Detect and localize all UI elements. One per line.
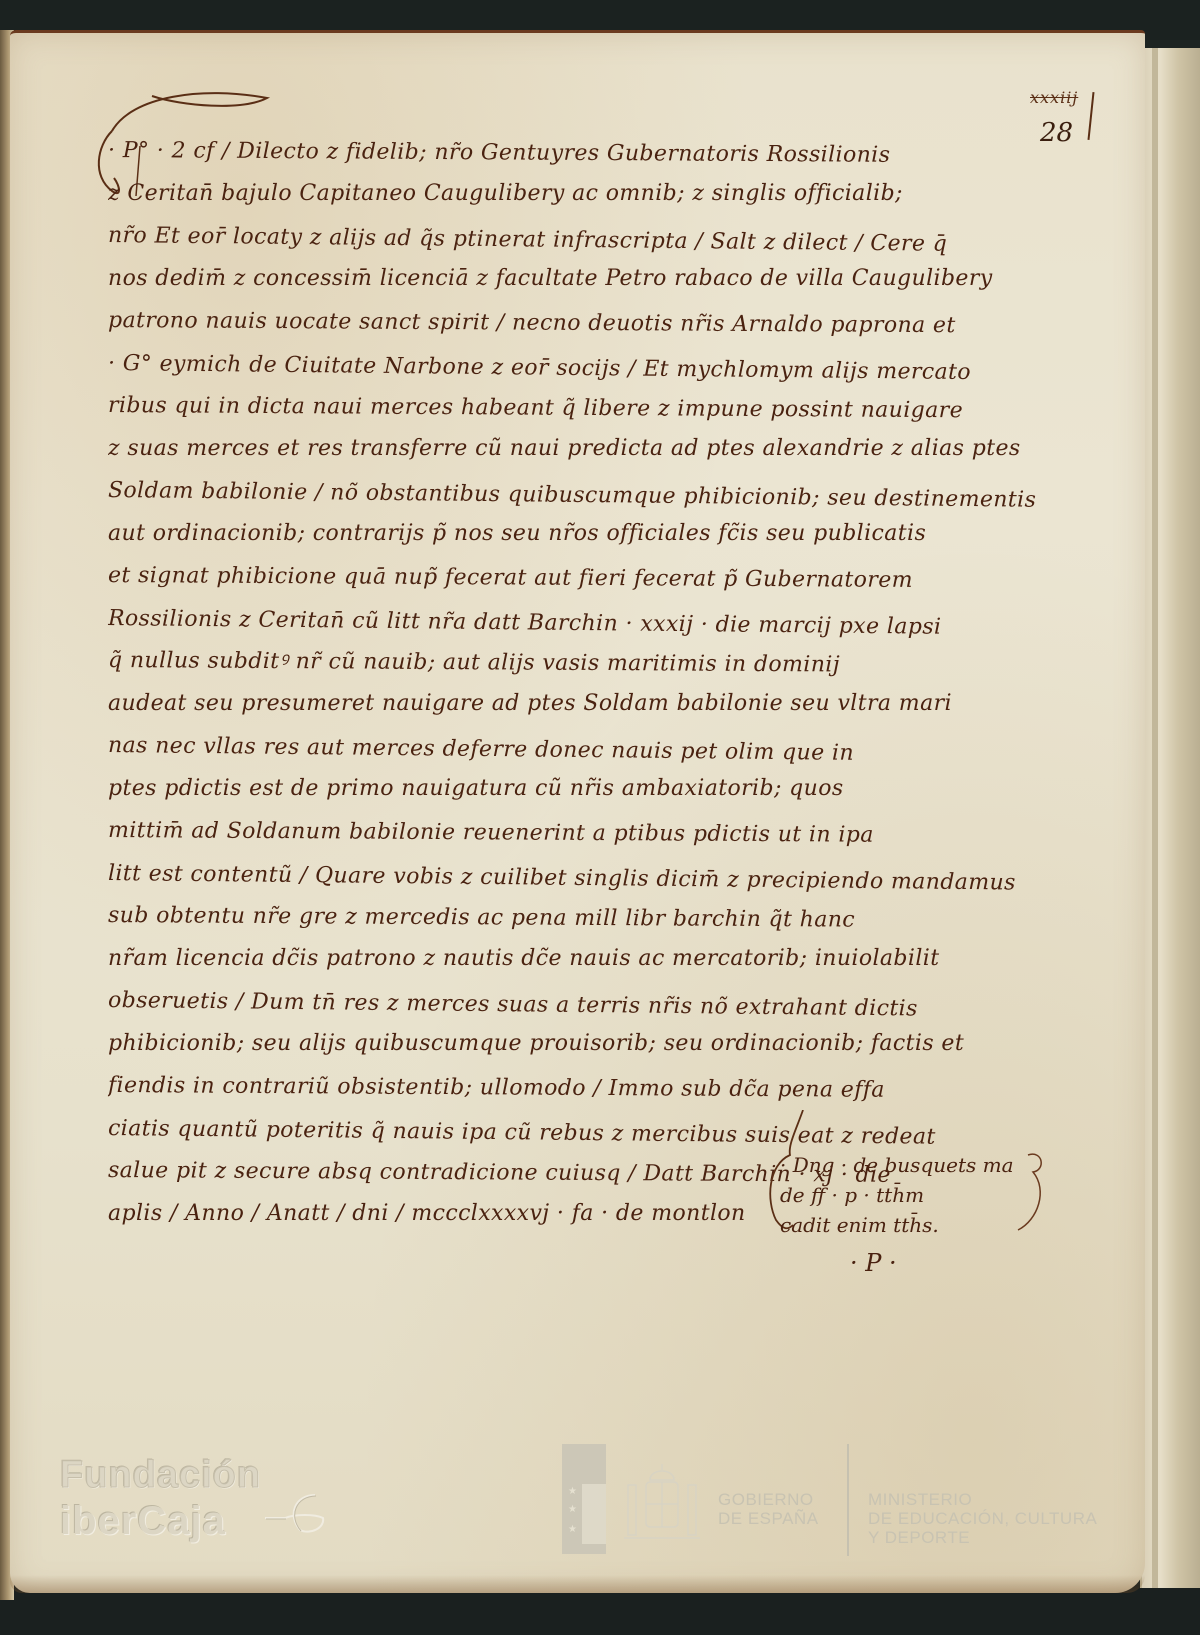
ministerio-line: Y DEPORTE: [868, 1528, 1097, 1547]
subscription: · Dng · de busquets ma de ff · p · tth̄m…: [780, 1150, 1040, 1278]
gobierno-line: GOBIERNO: [718, 1490, 819, 1509]
subscription-line: de ff · p · tth̄m: [780, 1180, 1040, 1210]
watermark-divider: [847, 1444, 849, 1556]
ministerio-line: MINISTERIO: [868, 1490, 1097, 1509]
watermark-ibercaja: iberCaja: [60, 1500, 226, 1542]
watermark-fundacion: Fundación: [60, 1455, 261, 1495]
star-icon: ★: [568, 1486, 577, 1497]
text-line: nr̃am licencia dc̃is patrono z nautis dc…: [108, 938, 1043, 981]
gobierno-line: DE ESPAÑA: [718, 1509, 819, 1528]
text-line: · P° · 2 cf / Dilecto z fidelib; nr̃o Ge…: [108, 130, 1043, 178]
subscription-line: · Dng · de busquets ma: [780, 1150, 1040, 1180]
text-line: patrono nauis uocate sanct spirit / necn…: [108, 300, 1043, 348]
flag-notch: [582, 1484, 606, 1544]
text-line: z suas merces et res transferre cũ naui …: [108, 428, 1043, 471]
text-line: fiendis in contrariũ obsistentib; ullomo…: [108, 1065, 1043, 1113]
manuscript-text: · P° · 2 cf / Dilecto z fidelib; nr̃o Ge…: [108, 130, 1043, 1235]
ministerio-line: DE EDUCACIÓN, CULTURA: [868, 1509, 1097, 1528]
ibercaja-logo-icon: [265, 1490, 335, 1535]
folio-number: 28: [1040, 118, 1073, 148]
subscription-line: cadit enim tth̄s.: [780, 1210, 1040, 1240]
watermark-ministerio: MINISTERIO DE EDUCACIÓN, CULTURA Y DEPOR…: [868, 1490, 1097, 1547]
star-icon: ★: [568, 1504, 577, 1515]
text-line: q̃ nullus subditꝰ nr̃ cũ nauib; aut alij…: [108, 640, 1043, 688]
subscription-mark: · P ·: [780, 1248, 1040, 1278]
text-line: mittim̄ ad Soldanum babilonie reuenerint…: [108, 810, 1043, 858]
book-binding-edge: [1140, 48, 1200, 1588]
text-line: z Ceritan̄ bajulo Capitaneo Caugulibery …: [108, 173, 1043, 216]
binding-fold: [1152, 48, 1158, 1588]
text-line: audeat seu presumeret nauigare ad ptes S…: [108, 683, 1043, 726]
text-line: ribus qui in dicta naui merces habeant q…: [108, 385, 1043, 433]
page-bottom-shadow: [10, 1575, 1145, 1593]
star-icon: ★: [568, 1524, 577, 1535]
text-line: sub obtentu nr̃e gre z mercedis ac pena …: [108, 895, 1043, 943]
watermark-gobierno: GOBIERNO DE ESPAÑA: [718, 1490, 819, 1528]
text-line: et signat phibicione quā nup̃ fecerat au…: [108, 555, 1043, 603]
spain-coat-of-arms-icon: [622, 1460, 702, 1550]
spain-flag-icon: ★ ★ ★: [562, 1444, 606, 1554]
old-folio-number: xxxiij: [1030, 88, 1078, 107]
